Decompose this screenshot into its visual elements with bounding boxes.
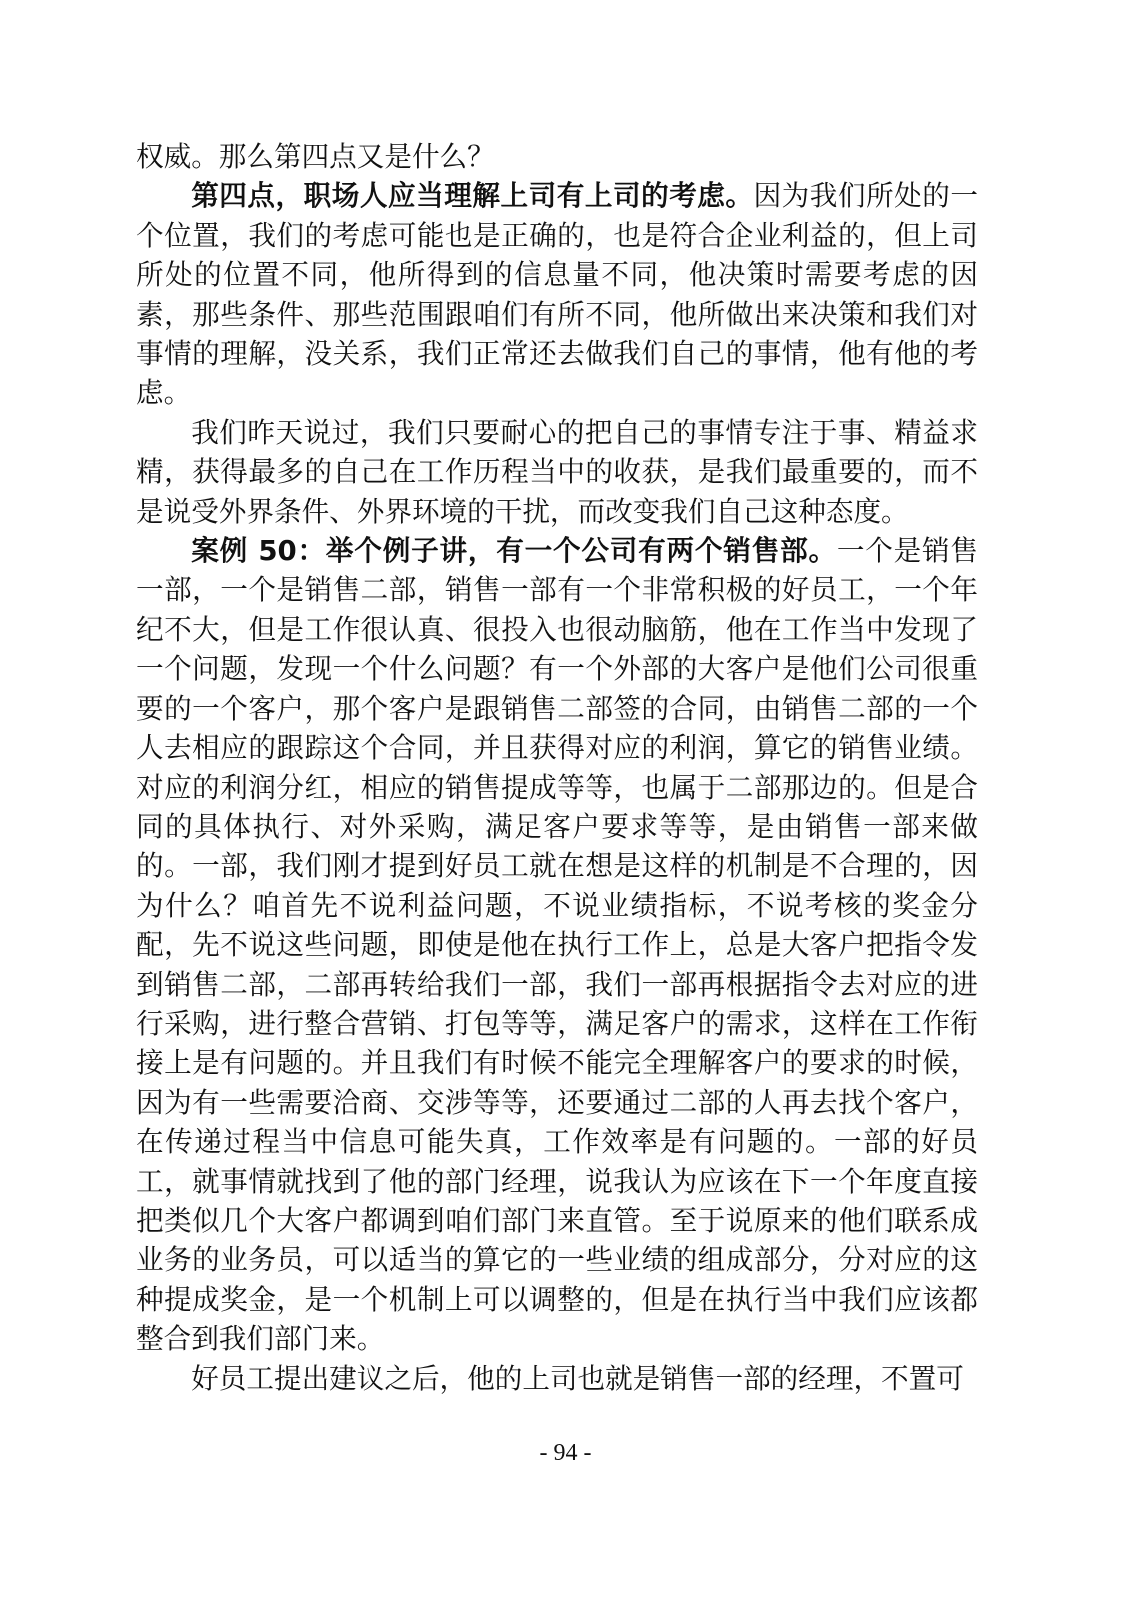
paragraph-3-text: 我们昨天说过，我们只要耐心的把自己的事情专注于事、精益求精，获得最多的自己在工作…	[136, 416, 978, 528]
paragraph-5: 好员工提出建议之后，他的上司也就是销售一部的经理，不置可	[136, 1359, 978, 1398]
paragraph-2-heading: 第四点，职场人应当理解上司有上司的考虑。	[191, 179, 753, 212]
paragraph-3: 我们昨天说过，我们只要耐心的把自己的事情专注于事、精益求精，获得最多的自己在工作…	[136, 413, 978, 531]
paragraph-2: 第四点，职场人应当理解上司有上司的考虑。因为我们所处的一个位置，我们的考虑可能也…	[136, 176, 978, 412]
paragraph-5-text: 好员工提出建议之后，他的上司也就是销售一部的经理，不置可	[191, 1362, 964, 1395]
case-50-heading: 案例 50：举个例子讲，有一个公司有两个销售部。	[191, 534, 837, 567]
paragraph-4-case-50: 案例 50：举个例子讲，有一个公司有两个销售部。一个是销售一部，一个是销售二部，…	[136, 531, 978, 1359]
paragraph-2-text: 因为我们所处的一个位置，我们的考虑可能也是正确的，也是符合企业利益的，但上司所处…	[136, 179, 978, 409]
paragraph-1: 权威。那么第四点又是什么？	[136, 137, 978, 176]
document-page: 权威。那么第四点又是什么？ 第四点，职场人应当理解上司有上司的考虑。因为我们所处…	[0, 0, 1131, 1600]
paragraph-1-text: 权威。那么第四点又是什么？	[136, 140, 495, 173]
body-text: 权威。那么第四点又是什么？ 第四点，职场人应当理解上司有上司的考虑。因为我们所处…	[136, 137, 978, 1398]
paragraph-4-text: 一个是销售一部，一个是销售二部，销售一部有一个非常积极的好员工，一个年纪不大，但…	[136, 534, 978, 1355]
page-number: - 94 -	[0, 1440, 1131, 1467]
